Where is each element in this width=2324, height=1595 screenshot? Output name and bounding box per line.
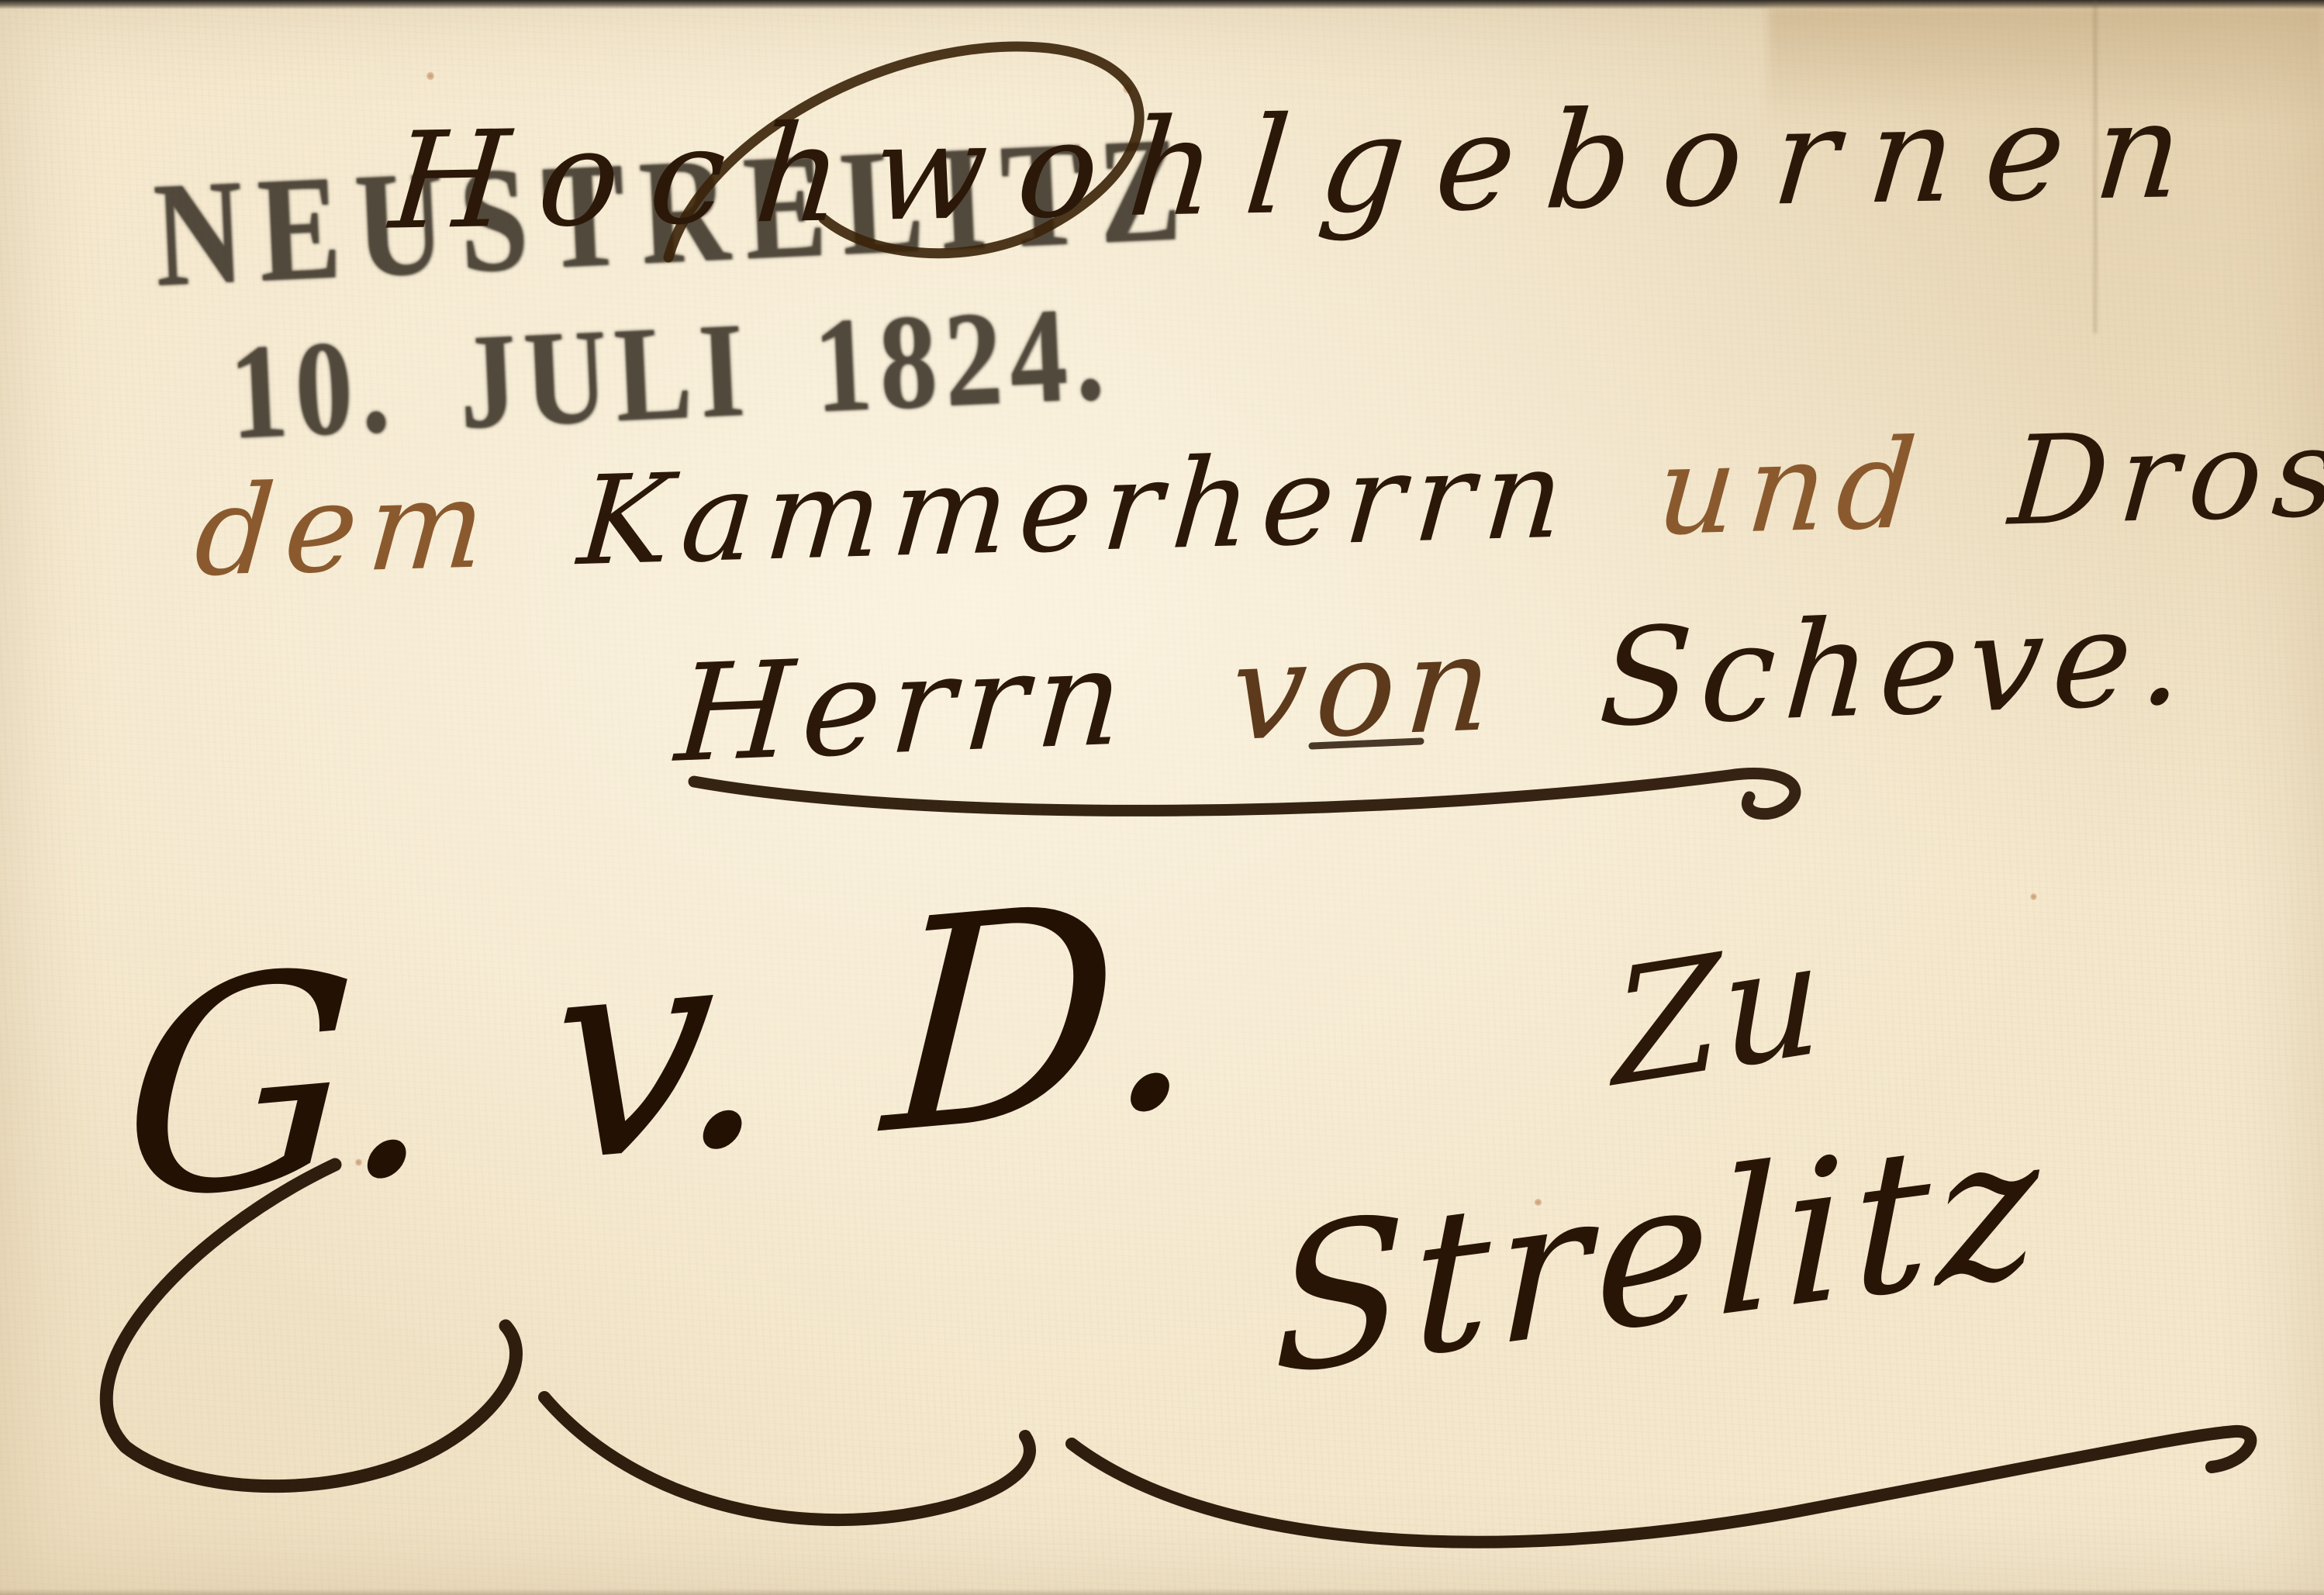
word-scheve: Scheve. [1595, 578, 2198, 757]
word-kammerherrn: Kammerherrn [574, 423, 1580, 593]
word-und: und [1652, 413, 1932, 563]
word-drost: Drost [2005, 399, 2324, 554]
destination-preposition: Zu [1611, 918, 1823, 1111]
strelitz-underswash [1072, 1431, 2250, 1542]
center-underswash [544, 1397, 1030, 1520]
word-dem: dem [190, 453, 501, 604]
address-line-honorific: Hochwohlgebornen [386, 83, 2219, 248]
word-von: von [1226, 604, 1506, 771]
letter-cover-scan: NEUSTRELITZ 10. JULI 1824. Hochwohlgebor… [0, 0, 2324, 1595]
word-herrn: Herrn [672, 619, 1137, 792]
